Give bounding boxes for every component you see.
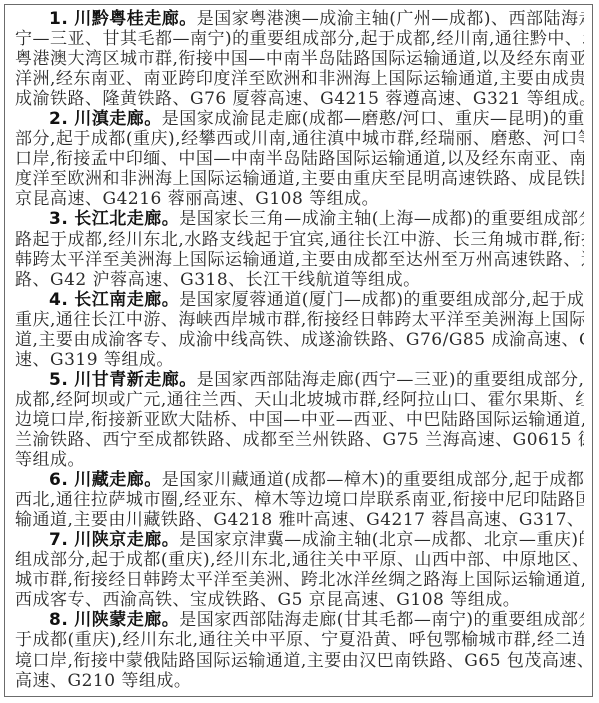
text-line: 境口岸,衔接中蒙俄陆路国际运输通道,主要由汉巴南铁路、G65 包茂高速、G85 … — [15, 651, 584, 671]
text-line: 西北,通往拉萨城市圈,经亚东、樟木等边境口岸联系南亚,衔接中尼印陆路国际运 — [15, 490, 584, 510]
text-line: 于成都(重庆),经川东北,通往关中平原、宁夏沿黄、呼包鄂榆城市群,经二连浩特边 — [15, 630, 584, 650]
text-line: 部分,起于成都(重庆),经攀西或川南,通往滇中城市群,经瑞丽、磨憨、河口等边境 — [15, 129, 584, 149]
corridor-text: 道,主要由成渝客专、成渝中线高铁、成遂渝铁路、G76/G85 成渝高速、G501… — [15, 330, 584, 350]
text-line: 西成客专、西渝高铁、宝成铁路、G5 京昆高速、G108 等组成。 — [15, 590, 584, 610]
corridor-text: 京昆高速、G4216 蓉丽高速、G108 等组成。 — [15, 189, 379, 209]
corridor-text: 是国家西部陆海走廊(西宁—三亚)的重要组成部分,起于 — [197, 370, 584, 390]
text-line: 速、G319 等组成。 — [15, 350, 584, 370]
corridor-text: 是国家成渝昆走廊(成都—磨憨/河口、重庆—昆明)的重要组成 — [162, 109, 584, 129]
corridor-text: 西成客专、西渝高铁、宝成铁路、G5 京昆高速、G108 等组成。 — [15, 590, 520, 610]
text-line: 高速、G210 等组成。 — [15, 671, 584, 691]
corridor-paragraph: 5. 川甘青新走廊。是国家西部陆海走廊(西宁—三亚)的重要组成部分,起于成都,经… — [15, 370, 584, 470]
text-line: 7. 川陕京走廊。是国家京津冀—成渝主轴(北京—成都、北京—重庆)的重要 — [15, 530, 584, 550]
text-line: 粤港澳大湾区城市群,衔接中国—中南半岛陆路国际运输通道,以及经东南亚至大 — [15, 49, 584, 69]
corridor-title: 川黔粤桂走廊。 — [74, 9, 197, 29]
corridor-number: 4. — [49, 290, 68, 310]
corridor-paragraph: 1. 川黔粤桂走廊。是国家粤港澳—成渝主轴(广州—成都)、西部陆海走廊(西宁—三… — [15, 9, 584, 109]
corridor-list: 1. 川黔粤桂走廊。是国家粤港澳—成渝主轴(广州—成都)、西部陆海走廊(西宁—三… — [15, 9, 584, 691]
corridor-title: 长江北走廊。 — [74, 209, 179, 229]
text-line: 成渝铁路、隆黄铁路、G76 厦蓉高速、G4215 蓉遵高速、G321 等组成。 — [15, 89, 584, 109]
corridor-text: 高速、G210 等组成。 — [15, 671, 191, 691]
corridor-text: 口岸,衔接孟中印缅、中国—中南半岛陆路国际运输通道,以及经东南亚、南亚跨印 — [15, 149, 584, 169]
corridor-text: 于成都(重庆),经川东北,通往关中平原、宁夏沿黄、呼包鄂榆城市群,经二连浩特边 — [15, 630, 584, 650]
text-line: 口岸,衔接孟中印缅、中国—中南半岛陆路国际运输通道,以及经东南亚、南亚跨印 — [15, 149, 584, 169]
corridor-title: 长江南走廊。 — [74, 290, 179, 310]
corridor-paragraph: 7. 川陕京走廊。是国家京津冀—成渝主轴(北京—成都、北京—重庆)的重要组成部分… — [15, 530, 584, 610]
text-line: 韩跨太平洋至美洲海上国际运输通道,主要由成都至达州至万州高速铁路、达万铁 — [15, 250, 584, 270]
corridor-paragraph: 8. 川陕蒙走廊。是国家西部陆海走廊(甘其毛都—南宁)的重要组成部分,起于成都(… — [15, 610, 584, 690]
corridor-number: 2. — [49, 109, 68, 129]
corridor-text: 兰渝铁路、西宁至成都铁路、成都至兰州铁路、G75 兰海高速、G0615 德马高速… — [15, 430, 584, 450]
corridor-paragraph: 3. 长江北走廊。是国家长三角—成渝主轴(上海—成都)的重要组成部分,陆路起于成… — [15, 209, 584, 289]
text-line: 京昆高速、G4216 蓉丽高速、G108 等组成。 — [15, 189, 584, 209]
text-line: 输通道,主要由川藏铁路、G4218 雅叶高速、G4217 蓉昌高速、G317、G… — [15, 510, 584, 530]
text-line: 城市群,衔接经日韩跨太平洋至美洲、跨北冰洋丝绸之路海上国际运输通道,主要由 — [15, 570, 584, 590]
corridor-text: 是国家厦蓉通道(厦门—成都)的重要组成部分,起于成都,经 — [179, 290, 584, 310]
corridor-title: 川滇走廊。 — [74, 109, 162, 129]
text-line: 路、G42 沪蓉高速、G318、长江干线航道等组成。 — [15, 270, 584, 290]
corridor-number: 7. — [49, 530, 68, 550]
corridor-paragraph: 4. 长江南走廊。是国家厦蓉通道(厦门—成都)的重要组成部分,起于成都,经重庆,… — [15, 290, 584, 370]
text-line: 洋洲,经东南亚、南亚跨印度洋至欧洲和非洲海上国际运输通道,主要由成贵客专、 — [15, 69, 584, 89]
corridor-text: 组成部分,起于成都(重庆),经川东北,通往关中平原、山西中部、中原地区、京津冀 — [15, 550, 584, 570]
corridor-text: 宁—三亚、甘其毛都—南宁)的重要组成部分,起于成都,经川南,通往黔中、北部湾、 — [15, 29, 584, 49]
corridor-text: 韩跨太平洋至美洲海上国际运输通道,主要由成都至达州至万州高速铁路、达万铁 — [15, 250, 584, 270]
corridor-text: 成渝铁路、隆黄铁路、G76 厦蓉高速、G4215 蓉遵高速、G321 等组成。 — [15, 89, 584, 109]
corridor-text: 是国家长三角—成渝主轴(上海—成都)的重要组成部分,陆 — [179, 209, 584, 229]
corridor-text: 度洋至欧洲和非洲海上国际运输通道,主要由重庆至昆明高速铁路、成昆铁路、G5 — [15, 169, 584, 189]
text-line: 度洋至欧洲和非洲海上国际运输通道,主要由重庆至昆明高速铁路、成昆铁路、G5 — [15, 169, 584, 189]
text-line: 2. 川滇走廊。是国家成渝昆走廊(成都—磨憨/河口、重庆—昆明)的重要组成 — [15, 109, 584, 129]
corridor-text: 成都,经阿坝或广元,通往兰西、天山北坡城市群,经阿拉山口、霍尔果斯、红其拉甫 — [15, 390, 584, 410]
text-line: 成都,经阿坝或广元,通往兰西、天山北坡城市群,经阿拉山口、霍尔果斯、红其拉甫 — [15, 390, 584, 410]
corridor-text: 粤港澳大湾区城市群,衔接中国—中南半岛陆路国际运输通道,以及经东南亚至大 — [15, 49, 584, 69]
corridor-number: 8. — [49, 610, 68, 630]
corridor-title: 川陕蒙走廊。 — [74, 610, 179, 630]
corridor-text: 是国家粤港澳—成渝主轴(广州—成都)、西部陆海走廊(西 — [197, 9, 584, 29]
corridor-title: 川陕京走廊。 — [74, 530, 179, 550]
text-line: 1. 川黔粤桂走廊。是国家粤港澳—成渝主轴(广州—成都)、西部陆海走廊(西 — [15, 9, 584, 29]
text-line: 宁—三亚、甘其毛都—南宁)的重要组成部分,起于成都,经川南,通往黔中、北部湾、 — [15, 29, 584, 49]
text-line: 等组成。 — [15, 450, 584, 470]
corridor-text: 是国家京津冀—成渝主轴(北京—成都、北京—重庆)的重要 — [179, 530, 584, 550]
text-line: 兰渝铁路、西宁至成都铁路、成都至兰州铁路、G75 兰海高速、G0615 德马高速… — [15, 430, 584, 450]
corridor-number: 6. — [49, 470, 68, 490]
corridor-title: 川甘青新走廊。 — [74, 370, 197, 390]
text-line: 6. 川藏走廊。是国家川藏通道(成都—樟木)的重要组成部分,起于成都,经川 — [15, 470, 584, 490]
text-line: 组成部分,起于成都(重庆),经川东北,通往关中平原、山西中部、中原地区、京津冀 — [15, 550, 584, 570]
corridor-number: 5. — [49, 370, 68, 390]
corridor-text: 是国家西部陆海走廊(甘其毛都—南宁)的重要组成部分,起 — [179, 610, 584, 630]
corridor-text: 速、G319 等组成。 — [15, 350, 174, 370]
corridor-text: 部分,起于成都(重庆),经攀西或川南,通往滇中城市群,经瑞丽、磨憨、河口等边境 — [15, 129, 584, 149]
corridor-text: 路、G42 沪蓉高速、G318、长江干线航道等组成。 — [15, 270, 421, 290]
text-line: 道,主要由成渝客专、成渝中线高铁、成遂渝铁路、G76/G85 成渝高速、G501… — [15, 330, 584, 350]
corridor-text: 边境口岸,衔接新亚欧大陆桥、中国—中亚—西亚、中巴陆路国际运输通道,主要由 — [15, 410, 584, 430]
corridor-text: 重庆,通往长江中游、海峡西岸城市群,衔接经日韩跨太平洋至美洲海上国际运输通 — [15, 310, 584, 330]
text-line: 3. 长江北走廊。是国家长三角—成渝主轴(上海—成都)的重要组成部分,陆 — [15, 209, 584, 229]
text-line: 路起于成都,经川东北,水路支线起于宜宾,通往长江中游、长三角城市群,衔接经日 — [15, 230, 584, 250]
corridor-text: 路起于成都,经川东北,水路支线起于宜宾,通往长江中游、长三角城市群,衔接经日 — [15, 230, 584, 250]
corridor-text: 是国家川藏通道(成都—樟木)的重要组成部分,起于成都,经川 — [162, 470, 584, 490]
text-line: 重庆,通往长江中游、海峡西岸城市群,衔接经日韩跨太平洋至美洲海上国际运输通 — [15, 310, 584, 330]
text-line: 4. 长江南走廊。是国家厦蓉通道(厦门—成都)的重要组成部分,起于成都,经 — [15, 290, 584, 310]
corridor-text: 输通道,主要由川藏铁路、G4218 雅叶高速、G4217 蓉昌高速、G317、G… — [15, 510, 584, 530]
corridor-number: 1. — [49, 9, 68, 29]
corridor-text: 境口岸,衔接中蒙俄陆路国际运输通道,主要由汉巴南铁路、G65 包茂高速、G85 … — [15, 651, 584, 671]
corridor-text: 等组成。 — [15, 450, 85, 470]
text-line: 8. 川陕蒙走廊。是国家西部陆海走廊(甘其毛都—南宁)的重要组成部分,起 — [15, 610, 584, 630]
corridor-paragraph: 6. 川藏走廊。是国家川藏通道(成都—樟木)的重要组成部分,起于成都,经川西北,… — [15, 470, 584, 530]
document-frame: 1. 川黔粤桂走廊。是国家粤港澳—成渝主轴(广州—成都)、西部陆海走廊(西宁—三… — [4, 4, 593, 697]
corridor-paragraph: 2. 川滇走廊。是国家成渝昆走廊(成都—磨憨/河口、重庆—昆明)的重要组成部分,… — [15, 109, 584, 209]
corridor-text: 洋洲,经东南亚、南亚跨印度洋至欧洲和非洲海上国际运输通道,主要由成贵客专、 — [15, 69, 584, 89]
text-line: 5. 川甘青新走廊。是国家西部陆海走廊(西宁—三亚)的重要组成部分,起于 — [15, 370, 584, 390]
corridor-text: 城市群,衔接经日韩跨太平洋至美洲、跨北冰洋丝绸之路海上国际运输通道,主要由 — [15, 570, 584, 590]
corridor-number: 3. — [49, 209, 68, 229]
text-line: 边境口岸,衔接新亚欧大陆桥、中国—中亚—西亚、中巴陆路国际运输通道,主要由 — [15, 410, 584, 430]
corridor-text: 西北,通往拉萨城市圈,经亚东、樟木等边境口岸联系南亚,衔接中尼印陆路国际运 — [15, 490, 584, 510]
corridor-title: 川藏走廊。 — [74, 470, 162, 490]
